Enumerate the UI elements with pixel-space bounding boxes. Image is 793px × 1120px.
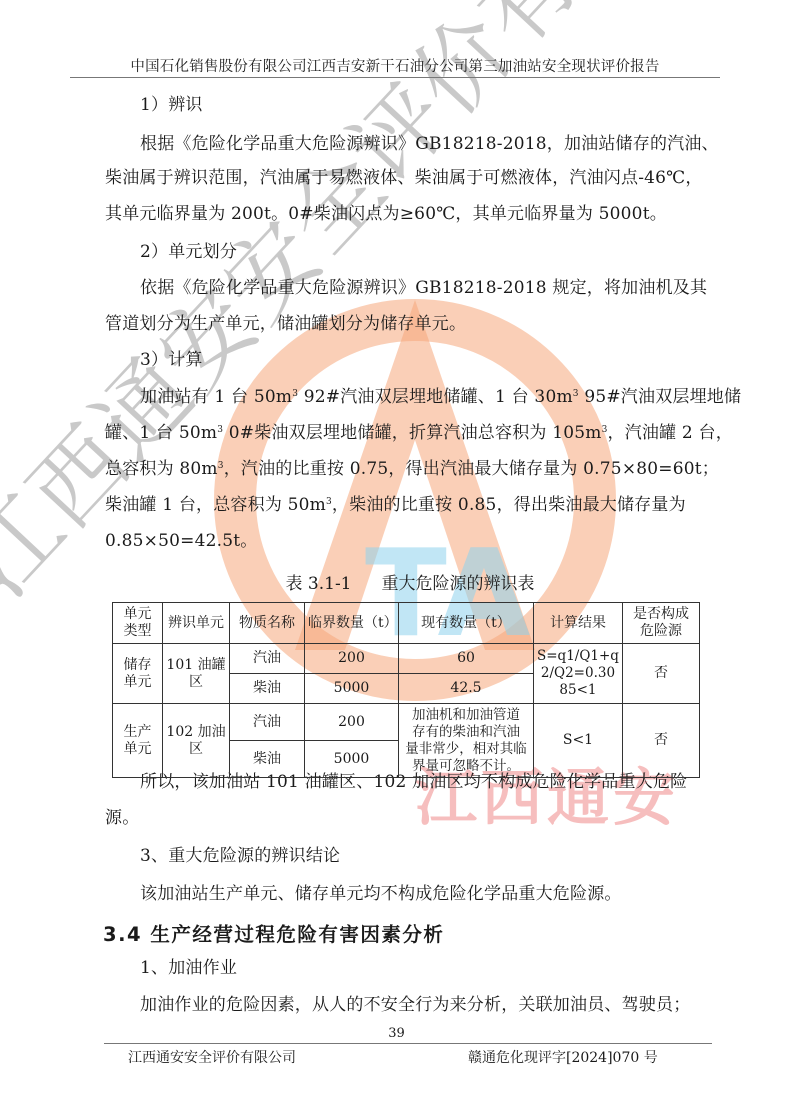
cell-substance: 柴油: [230, 674, 305, 704]
cell-unit: 102 加油区: [163, 704, 230, 778]
page-number: 39: [0, 1026, 793, 1041]
header-cell-unit: 辨识单元: [163, 603, 230, 644]
identify-paragraph-line: 根据《危险化学品重大危险源辨识》GB18218-2018，加油站储存的汽油、: [105, 134, 755, 154]
conclusion-text: 该加油站生产单元、储存单元均不构成危险化学品重大危险源。: [105, 884, 755, 904]
cell-line: 85<1: [559, 682, 596, 698]
text-fragment: ，柴油的比重按 0.85，得出柴油最大储存量为: [332, 495, 686, 515]
section-heading-3-4: 3.4 生产经营过程危险有害因素分析: [103, 919, 444, 947]
header-cell-result: 计算结果: [534, 603, 623, 644]
cell-unit: 101 油罐区: [163, 644, 230, 704]
table-caption: 表 3.1-1重大危险源的辨识表: [105, 569, 715, 594]
identify-paragraph-line: 柴油属于辨识范围，汽油属于易燃液体、柴油属于可燃液体，汽油闪点-46℃，: [105, 168, 720, 188]
cell-critical: 5000: [305, 741, 399, 778]
cell-line: 量非常少，相对其临: [405, 741, 527, 757]
cell-line: 存有的柴油和汽油: [412, 724, 520, 740]
calculation-paragraph-line: 柴油罐 1 台，总容积为 50m3，柴油的比重按 0.85，得出柴油最大储存量为: [105, 495, 720, 515]
header-line: 危险源: [640, 623, 682, 639]
cell-is-hazard: 否: [622, 704, 699, 778]
text-fragment: 柴油罐 1 台，总容积为 50m: [105, 495, 326, 515]
cell-result: S<1: [534, 704, 623, 778]
cell-critical: 200: [305, 704, 399, 741]
text-fragment: 92#汽油双层埋地储罐、1 台 30m: [298, 387, 573, 407]
calculation-paragraph-line: 罐、1 台 50m3 0#柴油双层埋地储罐，折算汽油总容积为 105m3，汽油罐…: [105, 423, 720, 443]
calculation-heading: 3）计算: [105, 350, 755, 370]
header-line: 单元: [124, 606, 152, 622]
identify-heading: 1）辨识: [105, 95, 755, 115]
diagonal-watermark-text: 江西通安安全评价有限公司: [0, 0, 695, 620]
table-row: 生产 单元 102 加油区 汽油 200 加油机和加油管道 存有的柴油和汽油 量…: [113, 704, 700, 741]
unit-division-heading: 2）单元划分: [105, 242, 755, 262]
header-cell-substance: 物质名称: [230, 603, 305, 644]
text-fragment: 加油站有 1 台 50m: [140, 387, 292, 407]
conclusion-heading: 3、重大危险源的辨识结论: [105, 846, 755, 866]
identify-paragraph-line: 其单元临界量为 200t。0#柴油闪点为≥60℃，其单元临界量为 5000t。: [105, 204, 720, 224]
cell-unit-type: 储存 单元: [113, 644, 163, 704]
header-cell-critical: 临界数量（t）: [305, 603, 399, 644]
table-caption-number: 表 3.1-1: [286, 574, 352, 594]
text-fragment: ，汽油的比重按 0.75，得出汽油最大储存量为 0.75×80=60t；: [224, 459, 719, 479]
calculation-paragraph-line: 0.85×50=42.5t。: [105, 531, 720, 551]
cell-unit-type: 生产 单元: [113, 704, 163, 778]
report-header-title: 中国石化销售股份有限公司江西吉安新干石油分公司第三加油站安全现状评价报告: [70, 55, 720, 76]
refuel-paragraph-line: 加油作业的危险因素，从人的不安全行为来分析，关联加油员、驾驶员；: [105, 995, 755, 1015]
cell-substance: 柴油: [230, 741, 305, 778]
document-page: TA 江西通安 江西通安安全评价有限公司 中国石化销售股份有限公司江西吉安新干石…: [0, 0, 793, 1120]
calculation-paragraph-line: 总容积为 80m3，汽油的比重按 0.75，得出汽油最大储存量为 0.75×80…: [105, 459, 720, 479]
header-cell-current: 现有数量（t）: [399, 603, 534, 644]
text-fragment: 罐、1 台 50m: [105, 423, 217, 443]
header-line: 类型: [124, 623, 152, 639]
hazard-identification-table: 单元 类型 辨识单元 物质名称 临界数量（t） 现有数量（t） 计算结果 是否构…: [112, 602, 700, 778]
text-fragment: ，汽油罐 2 台，: [608, 423, 733, 443]
text-fragment: 95#汽油双层埋地储: [579, 387, 741, 407]
calculation-paragraph-line: 加油站有 1 台 50m3 92#汽油双层埋地储罐、1 台 30m3 95#汽油…: [105, 387, 755, 407]
cell-line: 界量可忽略不计。: [412, 758, 520, 774]
footer-divider: [104, 1043, 712, 1044]
cell-result: S=q1/Q1+q 2/Q2=0.30 85<1: [534, 644, 623, 704]
header-line: 是否构成: [633, 606, 689, 622]
cell-line: 2/Q2=0.30: [541, 665, 615, 681]
cell-critical: 200: [305, 644, 399, 674]
table-row: 储存 单元 101 油罐区 汽油 200 60 S=q1/Q1+q 2/Q2=0…: [113, 644, 700, 674]
cell-current-note: 加油机和加油管道 存有的柴油和汽油 量非常少，相对其临 界量可忽略不计。: [399, 704, 534, 778]
text-fragment: 0#柴油双层埋地储罐，折算汽油总容积为 105m: [223, 423, 601, 443]
cell-current: 60: [399, 644, 534, 674]
header-cell-is-hazard: 是否构成 危险源: [622, 603, 699, 644]
cell-substance: 汽油: [230, 644, 305, 674]
text-fragment: 总容积为 80m: [105, 459, 218, 479]
table-caption-title: 重大危险源的辨识表: [382, 574, 535, 594]
cell-line: 单元: [124, 674, 152, 690]
summary-paragraph-line: 源。: [105, 808, 720, 828]
header-cell-unit-type: 单元 类型: [113, 603, 163, 644]
cell-line: 生产: [124, 724, 152, 740]
cell-line: S=q1/Q1+q: [537, 648, 619, 664]
cell-is-hazard: 否: [622, 644, 699, 704]
cell-line: 单元: [124, 741, 152, 757]
cell-current: 42.5: [399, 674, 534, 704]
unit-division-paragraph-line: 管道划分为生产单元，储油罐划分为储存单元。: [105, 314, 720, 334]
cell-substance: 汽油: [230, 704, 305, 741]
cell-line: 储存: [124, 657, 152, 673]
header-divider: [70, 77, 720, 78]
unit-division-paragraph-line: 依据《危险化学品重大危险源辨识》GB18218-2018 规定，将加油机及其: [105, 278, 755, 298]
refuel-heading: 1、加油作业: [105, 958, 755, 978]
cell-critical: 5000: [305, 674, 399, 704]
footer-doc-number: 赣通危化现评字[2024]070 号: [468, 1047, 658, 1067]
cell-line: 加油机和加油管道: [412, 707, 520, 723]
table-header-row: 单元 类型 辨识单元 物质名称 临界数量（t） 现有数量（t） 计算结果 是否构…: [113, 603, 700, 644]
footer-company: 江西通安安全评价有限公司: [128, 1047, 296, 1067]
